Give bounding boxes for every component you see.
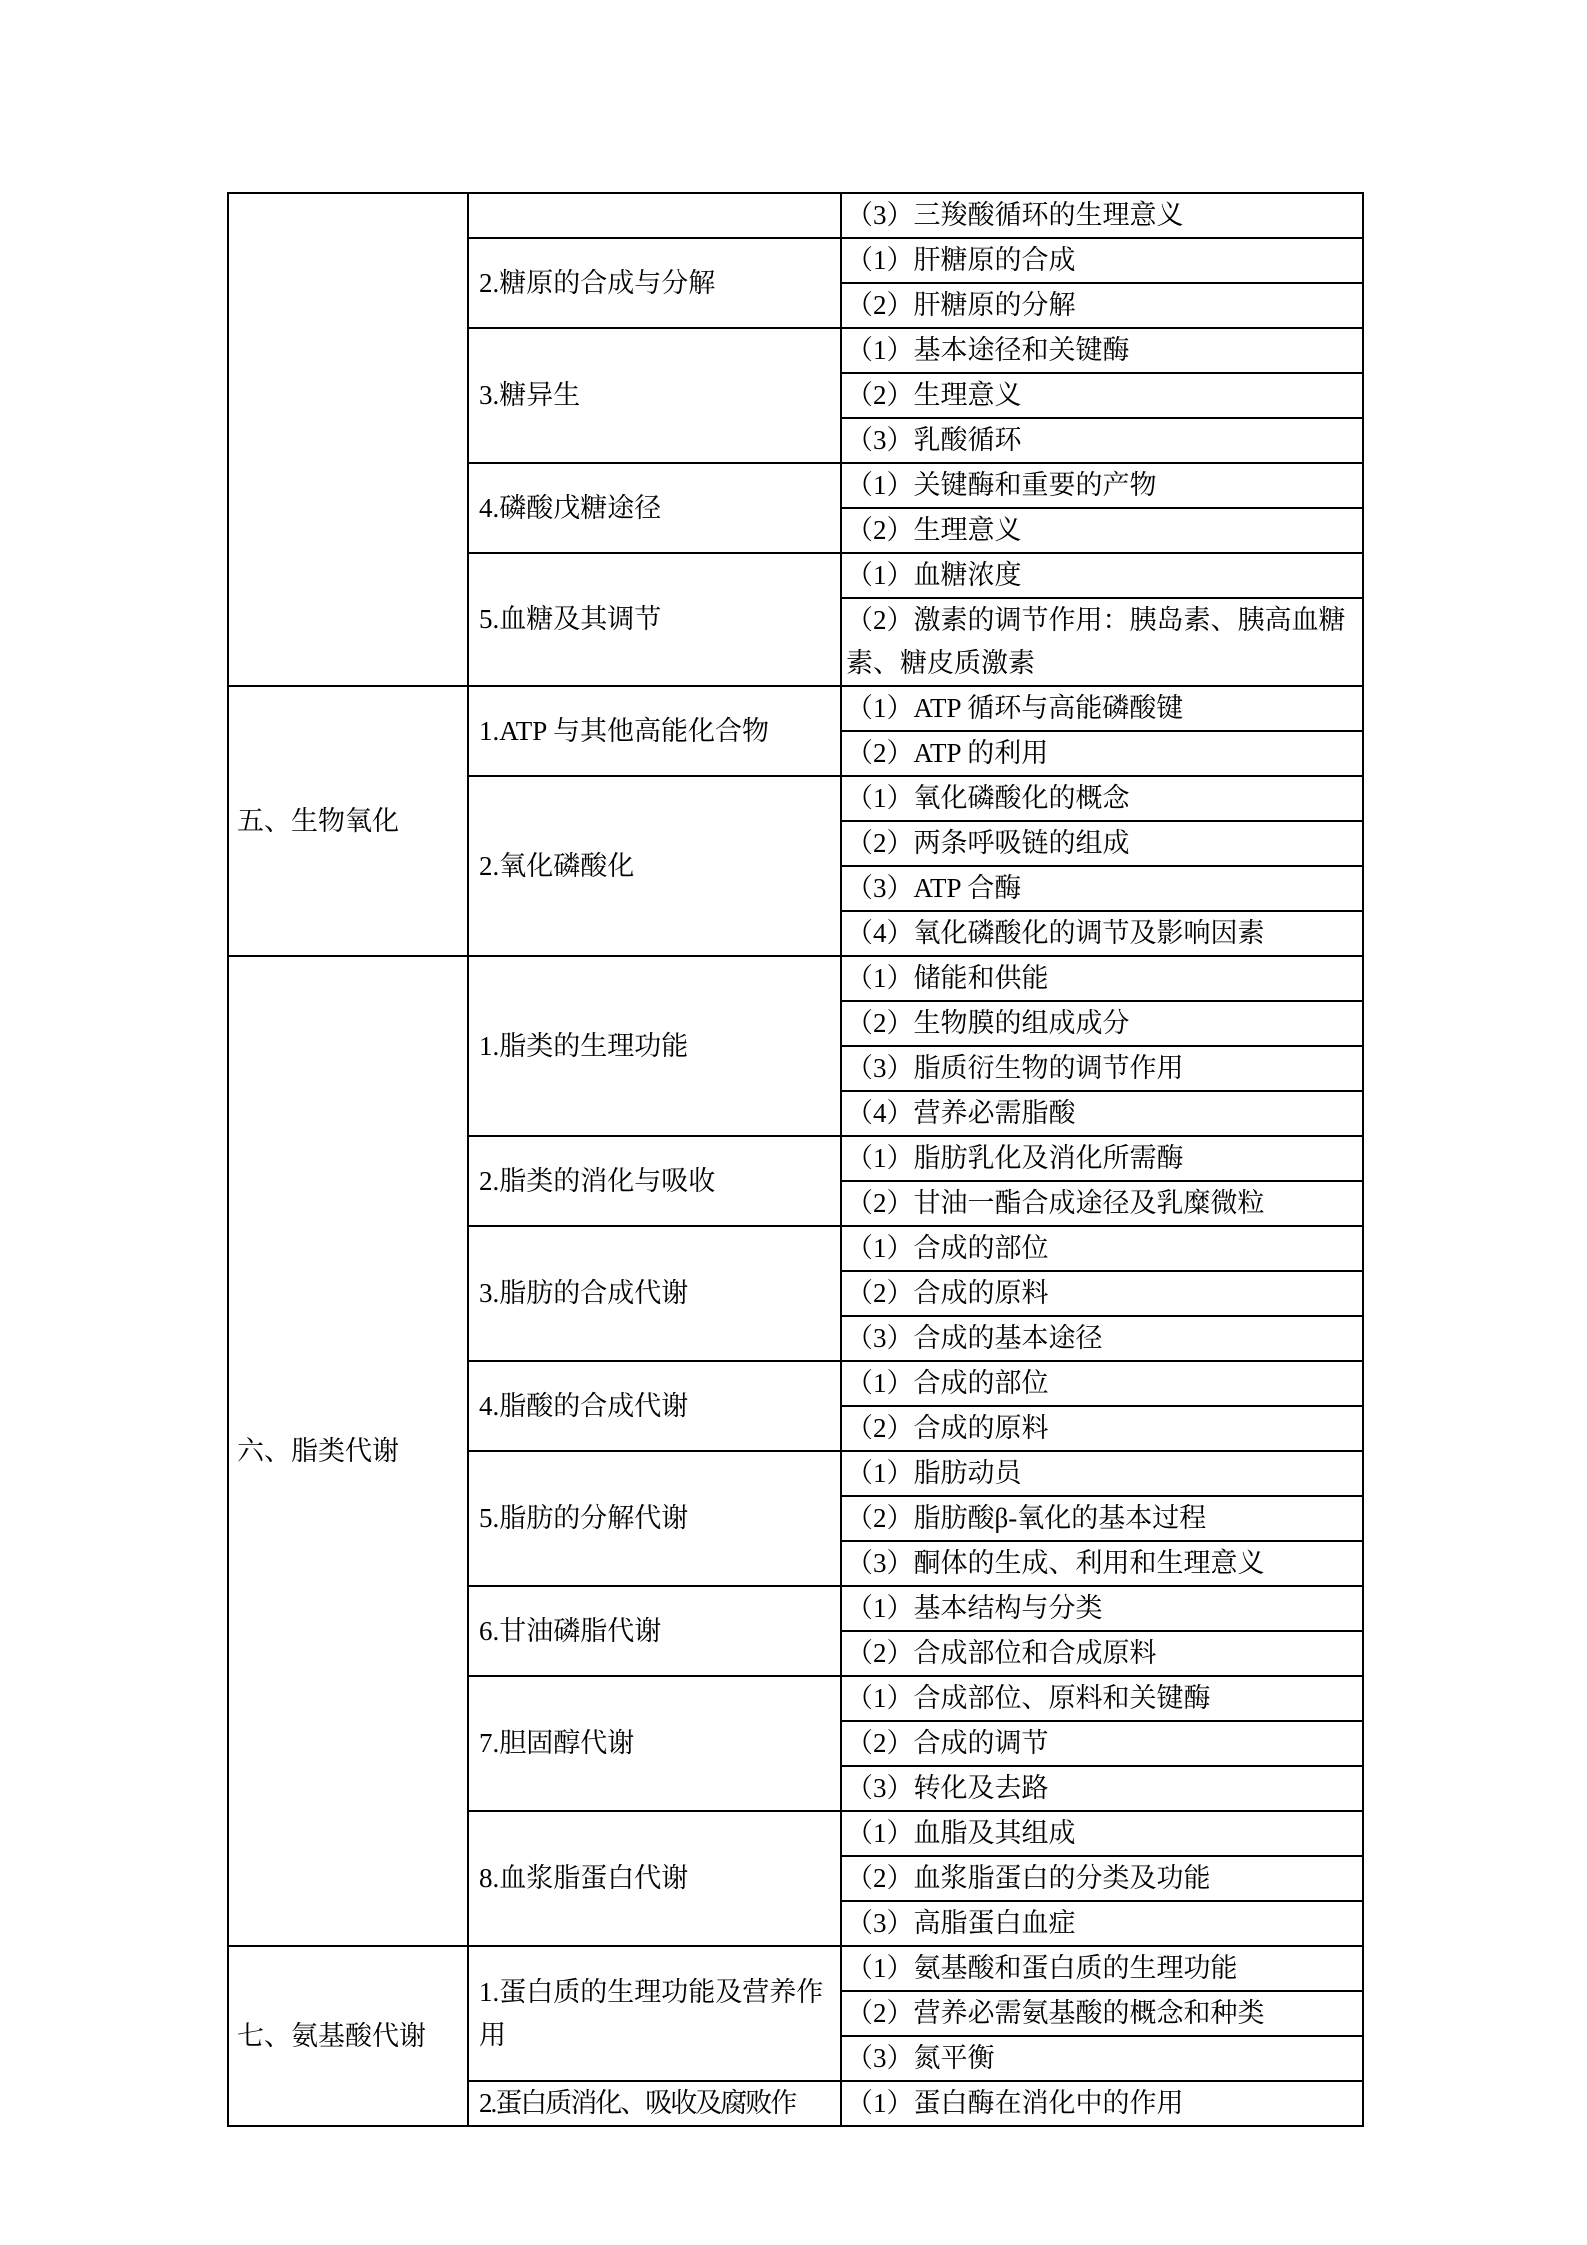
point-cell: （1）合成的部位	[841, 1226, 1363, 1271]
category-cell: 六、脂类代谢	[228, 956, 468, 1946]
point-cell: （1）血脂及其组成	[841, 1811, 1363, 1856]
topic-cell: 4.脂酸的合成代谢	[468, 1361, 841, 1451]
category-cell: 七、氨基酸代谢	[228, 1946, 468, 2126]
point-cell: （2）生物膜的组成成分	[841, 1001, 1363, 1046]
point-cell: （1）基本途径和关键酶	[841, 328, 1363, 373]
point-cell: （4）营养必需脂酸	[841, 1091, 1363, 1136]
syllabus-table-body: （3）三羧酸循环的生理意义2.糖原的合成与分解（1）肝糖原的合成（2）肝糖原的分…	[228, 193, 1363, 2126]
point-cell: （3）高脂蛋白血症	[841, 1901, 1363, 1946]
point-cell: （1）合成的部位	[841, 1361, 1363, 1406]
point-cell: （4）氧化磷酸化的调节及影响因素	[841, 911, 1363, 956]
point-cell: （1）基本结构与分类	[841, 1586, 1363, 1631]
topic-cell: 5.脂肪的分解代谢	[468, 1451, 841, 1586]
point-cell: （2）合成的原料	[841, 1406, 1363, 1451]
point-cell: （2）两条呼吸链的组成	[841, 821, 1363, 866]
point-cell: （2）合成部位和合成原料	[841, 1631, 1363, 1676]
point-cell: （3）三羧酸循环的生理意义	[841, 193, 1363, 238]
point-cell: （1）氨基酸和蛋白质的生理功能	[841, 1946, 1363, 1991]
point-cell: （3）酮体的生成、利用和生理意义	[841, 1541, 1363, 1586]
point-cell: （3）乳酸循环	[841, 418, 1363, 463]
point-cell: （1）储能和供能	[841, 956, 1363, 1001]
point-cell: （2）ATP 的利用	[841, 731, 1363, 776]
topic-cell: 5.血糖及其调节	[468, 553, 841, 686]
point-cell: （1）关键酶和重要的产物	[841, 463, 1363, 508]
topic-cell: 7.胆固醇代谢	[468, 1676, 841, 1811]
topic-cell	[468, 193, 841, 238]
point-cell: （3）合成的基本途径	[841, 1316, 1363, 1361]
point-cell: （3）转化及去路	[841, 1766, 1363, 1811]
point-cell: （2）生理意义	[841, 373, 1363, 418]
topic-cell: 1.蛋白质的生理功能及营养作用	[468, 1946, 841, 2081]
topic-cell: 1.ATP 与其他高能化合物	[468, 686, 841, 776]
point-cell: （2）甘油一酯合成途径及乳糜微粒	[841, 1181, 1363, 1226]
point-cell: （1）血糖浓度	[841, 553, 1363, 598]
topic-cell: 2.糖原的合成与分解	[468, 238, 841, 328]
point-cell: （3）氮平衡	[841, 2036, 1363, 2081]
table-row: （3）三羧酸循环的生理意义	[228, 193, 1363, 238]
topic-cell: 2.蛋白质消化、吸收及腐败作	[468, 2081, 841, 2126]
point-cell: （1）ATP 循环与高能磷酸键	[841, 686, 1363, 731]
point-cell: （1）合成部位、原料和关键酶	[841, 1676, 1363, 1721]
category-cell	[228, 193, 468, 686]
point-cell: （1）脂肪动员	[841, 1451, 1363, 1496]
table-row: 六、脂类代谢1.脂类的生理功能（1）储能和供能	[228, 956, 1363, 1001]
point-cell: （3）脂质衍生物的调节作用	[841, 1046, 1363, 1091]
point-cell: （2）合成的调节	[841, 1721, 1363, 1766]
topic-cell: 6.甘油磷脂代谢	[468, 1586, 841, 1676]
topic-cell: 2.脂类的消化与吸收	[468, 1136, 841, 1226]
point-cell: （1）脂肪乳化及消化所需酶	[841, 1136, 1363, 1181]
point-cell: （3）ATP 合酶	[841, 866, 1363, 911]
point-cell: （2）脂肪酸β-氧化的基本过程	[841, 1496, 1363, 1541]
point-cell: （2）激素的调节作用：胰岛素、胰高血糖素、糖皮质激素	[841, 598, 1363, 686]
point-cell: （2）合成的原料	[841, 1271, 1363, 1316]
point-cell: （1）氧化磷酸化的概念	[841, 776, 1363, 821]
topic-cell: 1.脂类的生理功能	[468, 956, 841, 1136]
document-page: （3）三羧酸循环的生理意义2.糖原的合成与分解（1）肝糖原的合成（2）肝糖原的分…	[0, 0, 1587, 2245]
point-cell: （2）营养必需氨基酸的概念和种类	[841, 1991, 1363, 2036]
point-cell: （2）生理意义	[841, 508, 1363, 553]
table-row: 五、生物氧化1.ATP 与其他高能化合物（1）ATP 循环与高能磷酸键	[228, 686, 1363, 731]
topic-cell: 3.糖异生	[468, 328, 841, 463]
syllabus-table: （3）三羧酸循环的生理意义2.糖原的合成与分解（1）肝糖原的合成（2）肝糖原的分…	[227, 192, 1364, 2127]
point-cell: （2）肝糖原的分解	[841, 283, 1363, 328]
topic-cell: 8.血浆脂蛋白代谢	[468, 1811, 841, 1946]
topic-cell: 3.脂肪的合成代谢	[468, 1226, 841, 1361]
point-cell: （1）蛋白酶在消化中的作用	[841, 2081, 1363, 2126]
topic-cell: 4.磷酸戊糖途径	[468, 463, 841, 553]
category-cell: 五、生物氧化	[228, 686, 468, 956]
point-cell: （2）血浆脂蛋白的分类及功能	[841, 1856, 1363, 1901]
topic-cell: 2.氧化磷酸化	[468, 776, 841, 956]
table-row: 七、氨基酸代谢1.蛋白质的生理功能及营养作用（1）氨基酸和蛋白质的生理功能	[228, 1946, 1363, 1991]
point-cell: （1）肝糖原的合成	[841, 238, 1363, 283]
